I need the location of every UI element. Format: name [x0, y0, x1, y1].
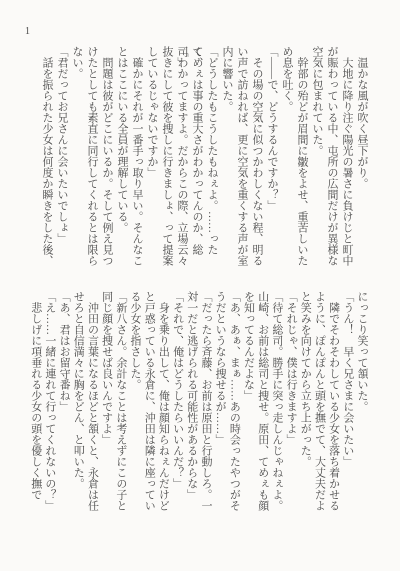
text-column: 隣でそわそわしている少女を落ち着かせる — [326, 291, 340, 514]
text-column: と笑みを向けてから立ち上がった。 — [298, 291, 312, 514]
text-column: しているじゃないですか」 — [144, 46, 159, 269]
text-column: を知ってるんだよな」 — [241, 291, 255, 514]
text-column: 「うん！ 早く兄さまに会いたい」 — [341, 291, 355, 514]
text-column: が賑わっている中、屯所の広間だけが異様な — [324, 46, 339, 269]
text-column: 身を乗り出して、俺は顔知らねぇんだけど — [156, 291, 170, 514]
text-column: 幹部の殆どが眉間に皺をよせ、重苦しいた — [294, 46, 309, 269]
text-column: 問題は彼がどこにいるか。そして例え見つ — [99, 46, 114, 269]
text-column: い声で訪ねれば、更に空気を重くする声が室 — [234, 46, 249, 269]
text-column: せろと自信満々に胸をどん、と叩いた。 — [71, 291, 85, 514]
text-column: 「え……一緒に連れて行ってくれないの？」 — [43, 291, 57, 514]
text-column: め息を吐く。 — [279, 46, 294, 269]
text-column: 「わかってますよ。だからこの際、立場云々 — [174, 46, 189, 269]
text-column: 山崎、お前は総司と捜せ。原田、てめぇも顔 — [256, 291, 270, 514]
text-column: 「それじゃ、僕は行きますよ」 — [284, 291, 298, 514]
book-page: 1 温かな風が吹く昼下がり。 大地に降り注ぐ陽光の暑さに負けじと町中 が賑わって… — [0, 0, 400, 571]
text-column: 温かな風が吹く昼下がり。 — [354, 46, 369, 269]
text-column: 対一だと逃げられる可能性があるからな」 — [185, 291, 199, 514]
text-column: 「それで、俺はどうしたらいいんだ？」 — [170, 291, 184, 514]
text-column: 内に響いた。 — [219, 46, 234, 269]
text-column: 確かにそれが一番手っ取り早い。そんなこ — [129, 46, 144, 269]
text-column: けたとしても素直に同行してくれるとは限ら — [84, 46, 99, 269]
text-column: とはここにいる全員が理解している。 — [114, 46, 129, 269]
text-column: 「君だってお兄さんに会いたいでしょ」 — [54, 46, 69, 269]
text-column: ように、ぽんぽんと頭を撫でて、大丈夫だよ — [312, 291, 326, 514]
text-column: 「あ、君はお留守番ね」 — [57, 291, 71, 514]
text-column: 空気に包まれていた。 — [309, 46, 324, 269]
text-column: ない。 — [69, 46, 84, 269]
lower-text-band: にっこり笑って頷いた。 「うん！ 早く兄さまに会いたい」 隣でそわそわしている少… — [29, 291, 370, 515]
text-column: にっこり笑って頷いた。 — [355, 291, 369, 514]
text-column: る少女を指さした。 — [128, 291, 142, 514]
text-column: 抜きにして彼を捜しに行きましょ、って提案 — [159, 46, 174, 269]
text-column: てめぇは事の重大さがわかってんのか、総司」 — [189, 46, 204, 269]
text-column: 悲しげに項垂れる少女の頭を優しく撫で — [29, 291, 43, 514]
text-column: 「――で、どうするんですか？」 — [264, 46, 279, 269]
text-column: 「新八さん。余計なことは考えずにこの子と — [114, 291, 128, 514]
text-column: 大地に降り注ぐ陽光の暑さに負けじと町中 — [339, 46, 354, 269]
text-column: うだというなら捜せるが……」 — [213, 291, 227, 514]
text-column: 沖田の言葉になるほどと頷くと、永倉は任 — [85, 291, 99, 514]
text-column: 話を振られた少女は何度か瞬きをした後、 — [39, 46, 54, 269]
text-column: 「待て総司。勝手に突っ走しんじゃねぇよ。 — [270, 291, 284, 514]
text-column: 「だったら斉藤、お前は原田と行動しろ。一 — [199, 291, 213, 514]
text-column: 同じ顔を捜せば良いんですよ」 — [99, 291, 113, 514]
text-column: と戸惑っている永倉に、沖田は隣に座ってい — [142, 291, 156, 514]
text-column: 「あ、あぁ、まぁ……あの時会ったやつがそ — [227, 291, 241, 514]
text-column: その場の空気に似つかわしくない程、明る — [249, 46, 264, 269]
text-column: 「どうしたもこうしたもねぇよ。……ったく、 — [204, 46, 219, 269]
upper-text-band: 温かな風が吹く昼下がり。 大地に降り注ぐ陽光の暑さに負けじと町中 が賑わっている… — [39, 46, 369, 270]
page-number: 1 — [25, 26, 30, 37]
